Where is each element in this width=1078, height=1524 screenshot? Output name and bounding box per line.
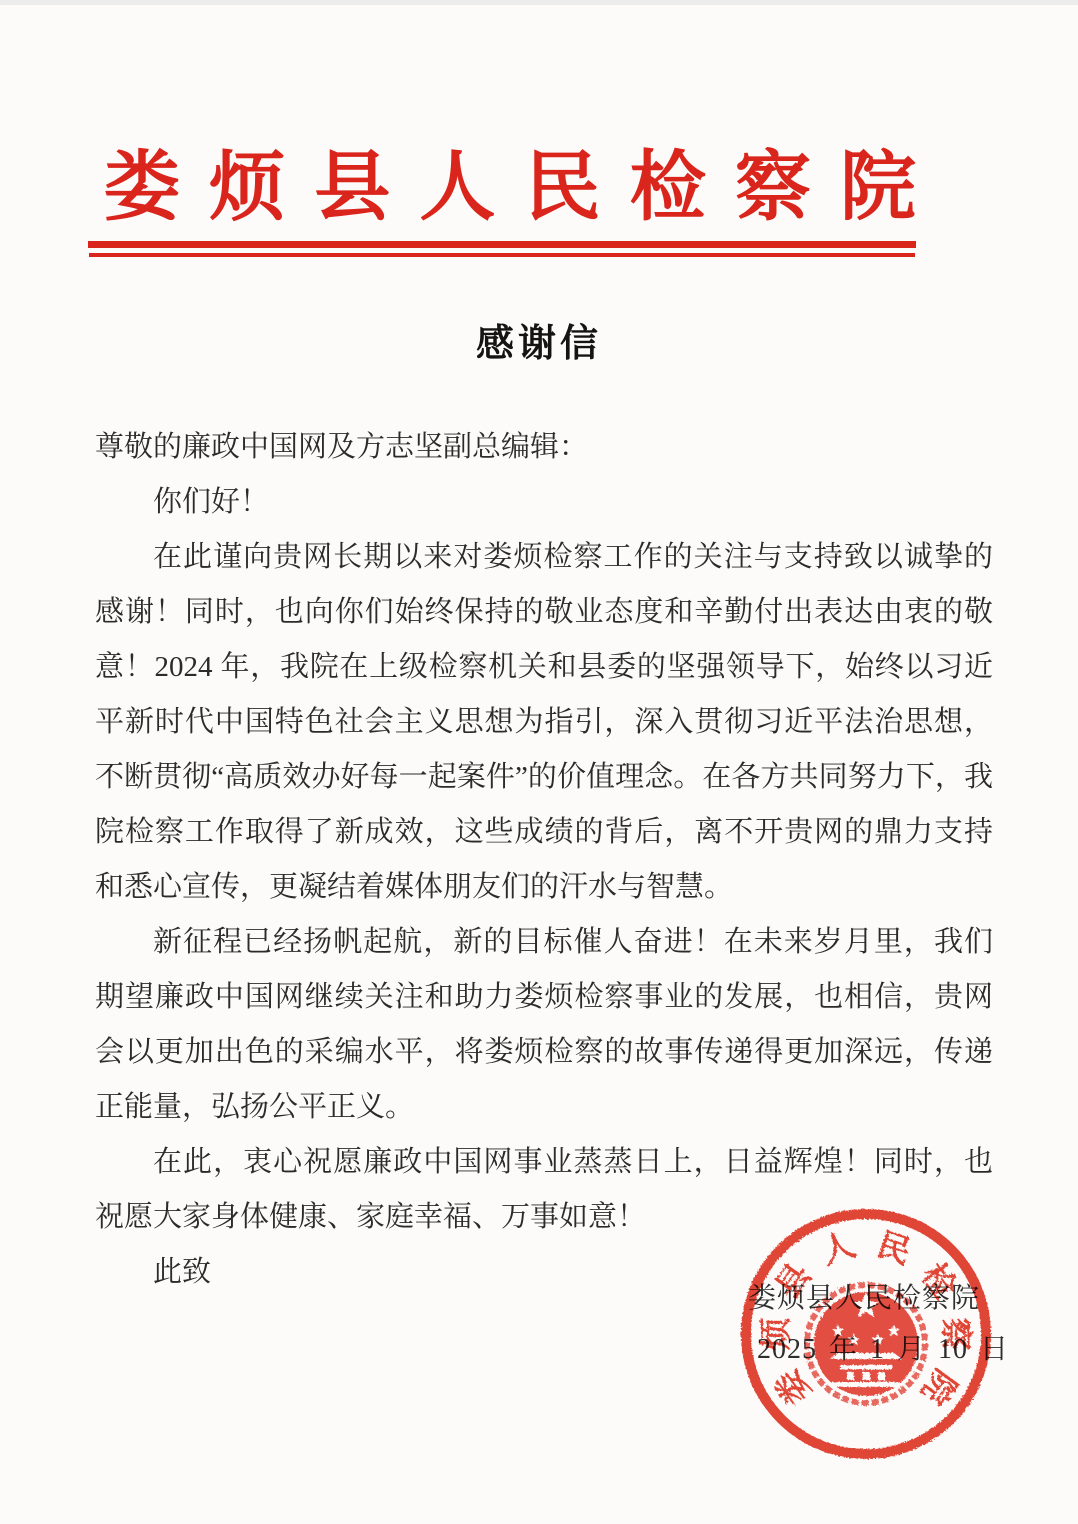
letterhead-rule-thin: [89, 253, 915, 257]
seal-ring-char: 县: [769, 1257, 818, 1305]
official-seal: 娄烦县人民检察院: [735, 1203, 997, 1465]
paragraph-list: 在此谨向贵网长期以来对娄烦检察工作的关注与支持致以诚挚的感谢！同时，也向你们始终…: [95, 530, 993, 1245]
letterhead-char: 院: [840, 146, 916, 230]
document-title: 感谢信: [0, 320, 1078, 368]
scan-edge-strip: [0, 0, 1078, 5]
letterhead-char: 检: [630, 146, 706, 230]
seal-ring-char: 检: [914, 1257, 963, 1305]
letterhead-char: 县: [314, 146, 390, 230]
letterhead-char: 民: [525, 146, 601, 230]
letterhead-rule-thick: [88, 241, 916, 248]
seal-ring-char: 烦: [758, 1318, 795, 1352]
letter-page: 娄烦县人民检察院 感谢信 尊敬的廉政中国网及方志坚副总编辑： 你们好！ 在此谨向…: [0, 0, 1078, 1524]
national-emblem-icon: [807, 1285, 925, 1403]
body-paragraph: 新征程已经扬帆起航，新的目标催人奋进！在未来岁月里，我们期望廉政中国网继续关注和…: [95, 915, 993, 1135]
letter-body: 尊敬的廉政中国网及方志坚副总编辑： 你们好！ 在此谨向贵网长期以来对娄烦检察工作…: [95, 420, 993, 1300]
body-paragraph: 在此谨向贵网长期以来对娄烦检察工作的关注与支持致以诚挚的感谢！同时，也向你们始终…: [95, 530, 993, 915]
letterhead-title: 娄烦县人民检察院: [104, 146, 916, 230]
salutation: 尊敬的廉政中国网及方志坚副总编辑：: [95, 420, 993, 475]
letterhead-char: 娄: [104, 146, 180, 230]
greeting: 你们好！: [95, 475, 993, 530]
letterhead-char: 察: [735, 146, 811, 230]
letterhead-char: 人: [419, 146, 495, 230]
seal-ring-char: 民: [872, 1226, 915, 1271]
seal-ring-char: 人: [817, 1227, 860, 1271]
letterhead-char: 烦: [209, 146, 285, 230]
seal-ring-char: 察: [937, 1318, 974, 1351]
